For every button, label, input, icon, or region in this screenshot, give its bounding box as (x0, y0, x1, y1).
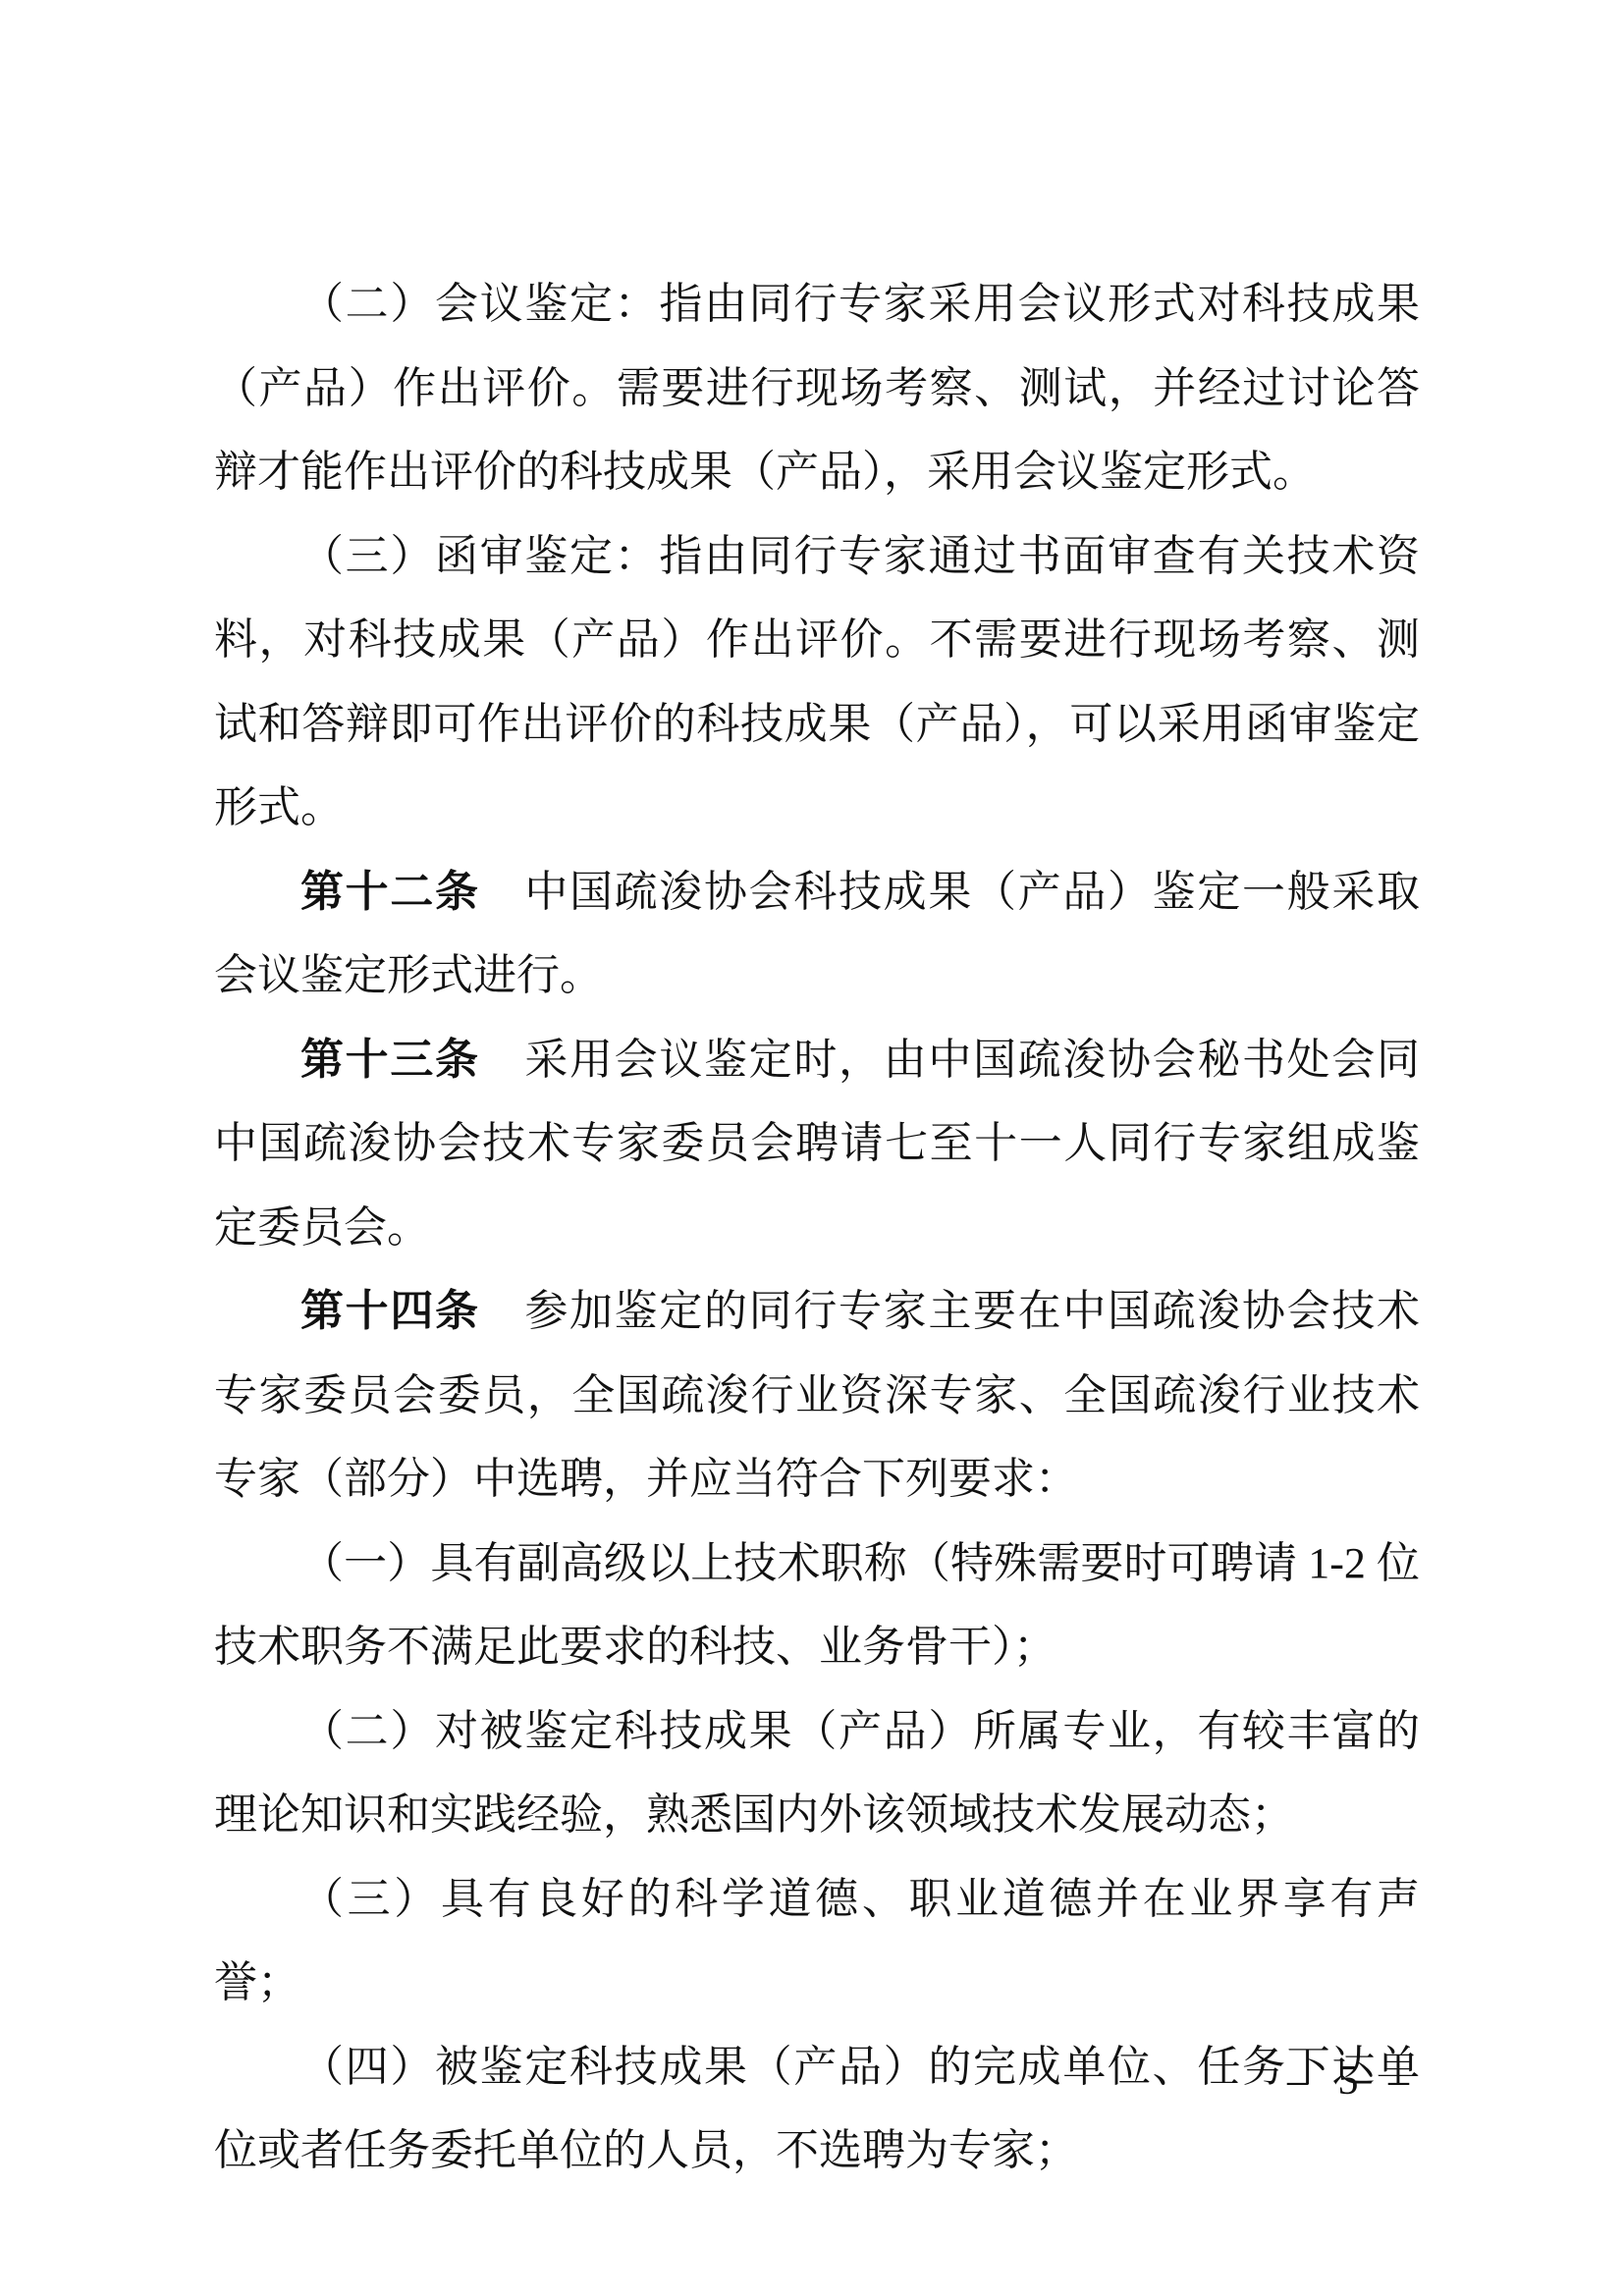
paragraph-requirement-4: （四）被鉴定科技成果（产品）的完成单位、任务下达单位或者任务委托单位的人员，不选… (214, 2025, 1420, 2193)
document-body: （二）会议鉴定：指由同行专家采用会议形式对科技成果（产品）作出评价。需要进行现场… (214, 262, 1420, 2193)
document-page: （二）会议鉴定：指由同行专家采用会议形式对科技成果（产品）作出评价。需要进行现场… (0, 0, 1624, 2296)
paragraph-article-12: 第十二条 中国疏浚协会科技成果（产品）鉴定一般采取会议鉴定形式进行。 (214, 850, 1420, 1018)
paragraph-letter-review-appraisal: （三）函审鉴定：指由同行专家通过书面审查有关技术资料，对科技成果（产品）作出评价… (214, 514, 1420, 850)
article-13-heading: 第十三条 (300, 1036, 480, 1084)
paragraph-meeting-appraisal: （二）会议鉴定：指由同行专家采用会议形式对科技成果（产品）作出评价。需要进行现场… (214, 262, 1420, 514)
paragraph-article-13: 第十三条 采用会议鉴定时，由中国疏浚协会秘书处会同中国疏浚协会技术专家委员会聘请… (214, 1018, 1420, 1270)
paragraph-article-14: 第十四条 参加鉴定的同行专家主要在中国疏浚协会技术专家委员会委员，全国疏浚行业资… (214, 1269, 1420, 1522)
paragraph-requirement-2: （二）对被鉴定科技成果（产品）所属专业，有较丰富的理论知识和实践经验，熟悉国内外… (214, 1689, 1420, 1857)
article-14-heading: 第十四条 (300, 1287, 480, 1335)
page-number: – 5 – (1287, 2059, 1419, 2103)
paragraph-requirement-3: （三）具有良好的科学道德、职业道德并在业界享有声誉； (214, 1857, 1420, 2025)
paragraph-requirement-1: （一）具有副高级以上技术职称（特殊需要时可聘请 1-2 位技术职务不满足此要求的… (214, 1522, 1420, 1689)
article-12-heading: 第十二条 (300, 868, 480, 916)
